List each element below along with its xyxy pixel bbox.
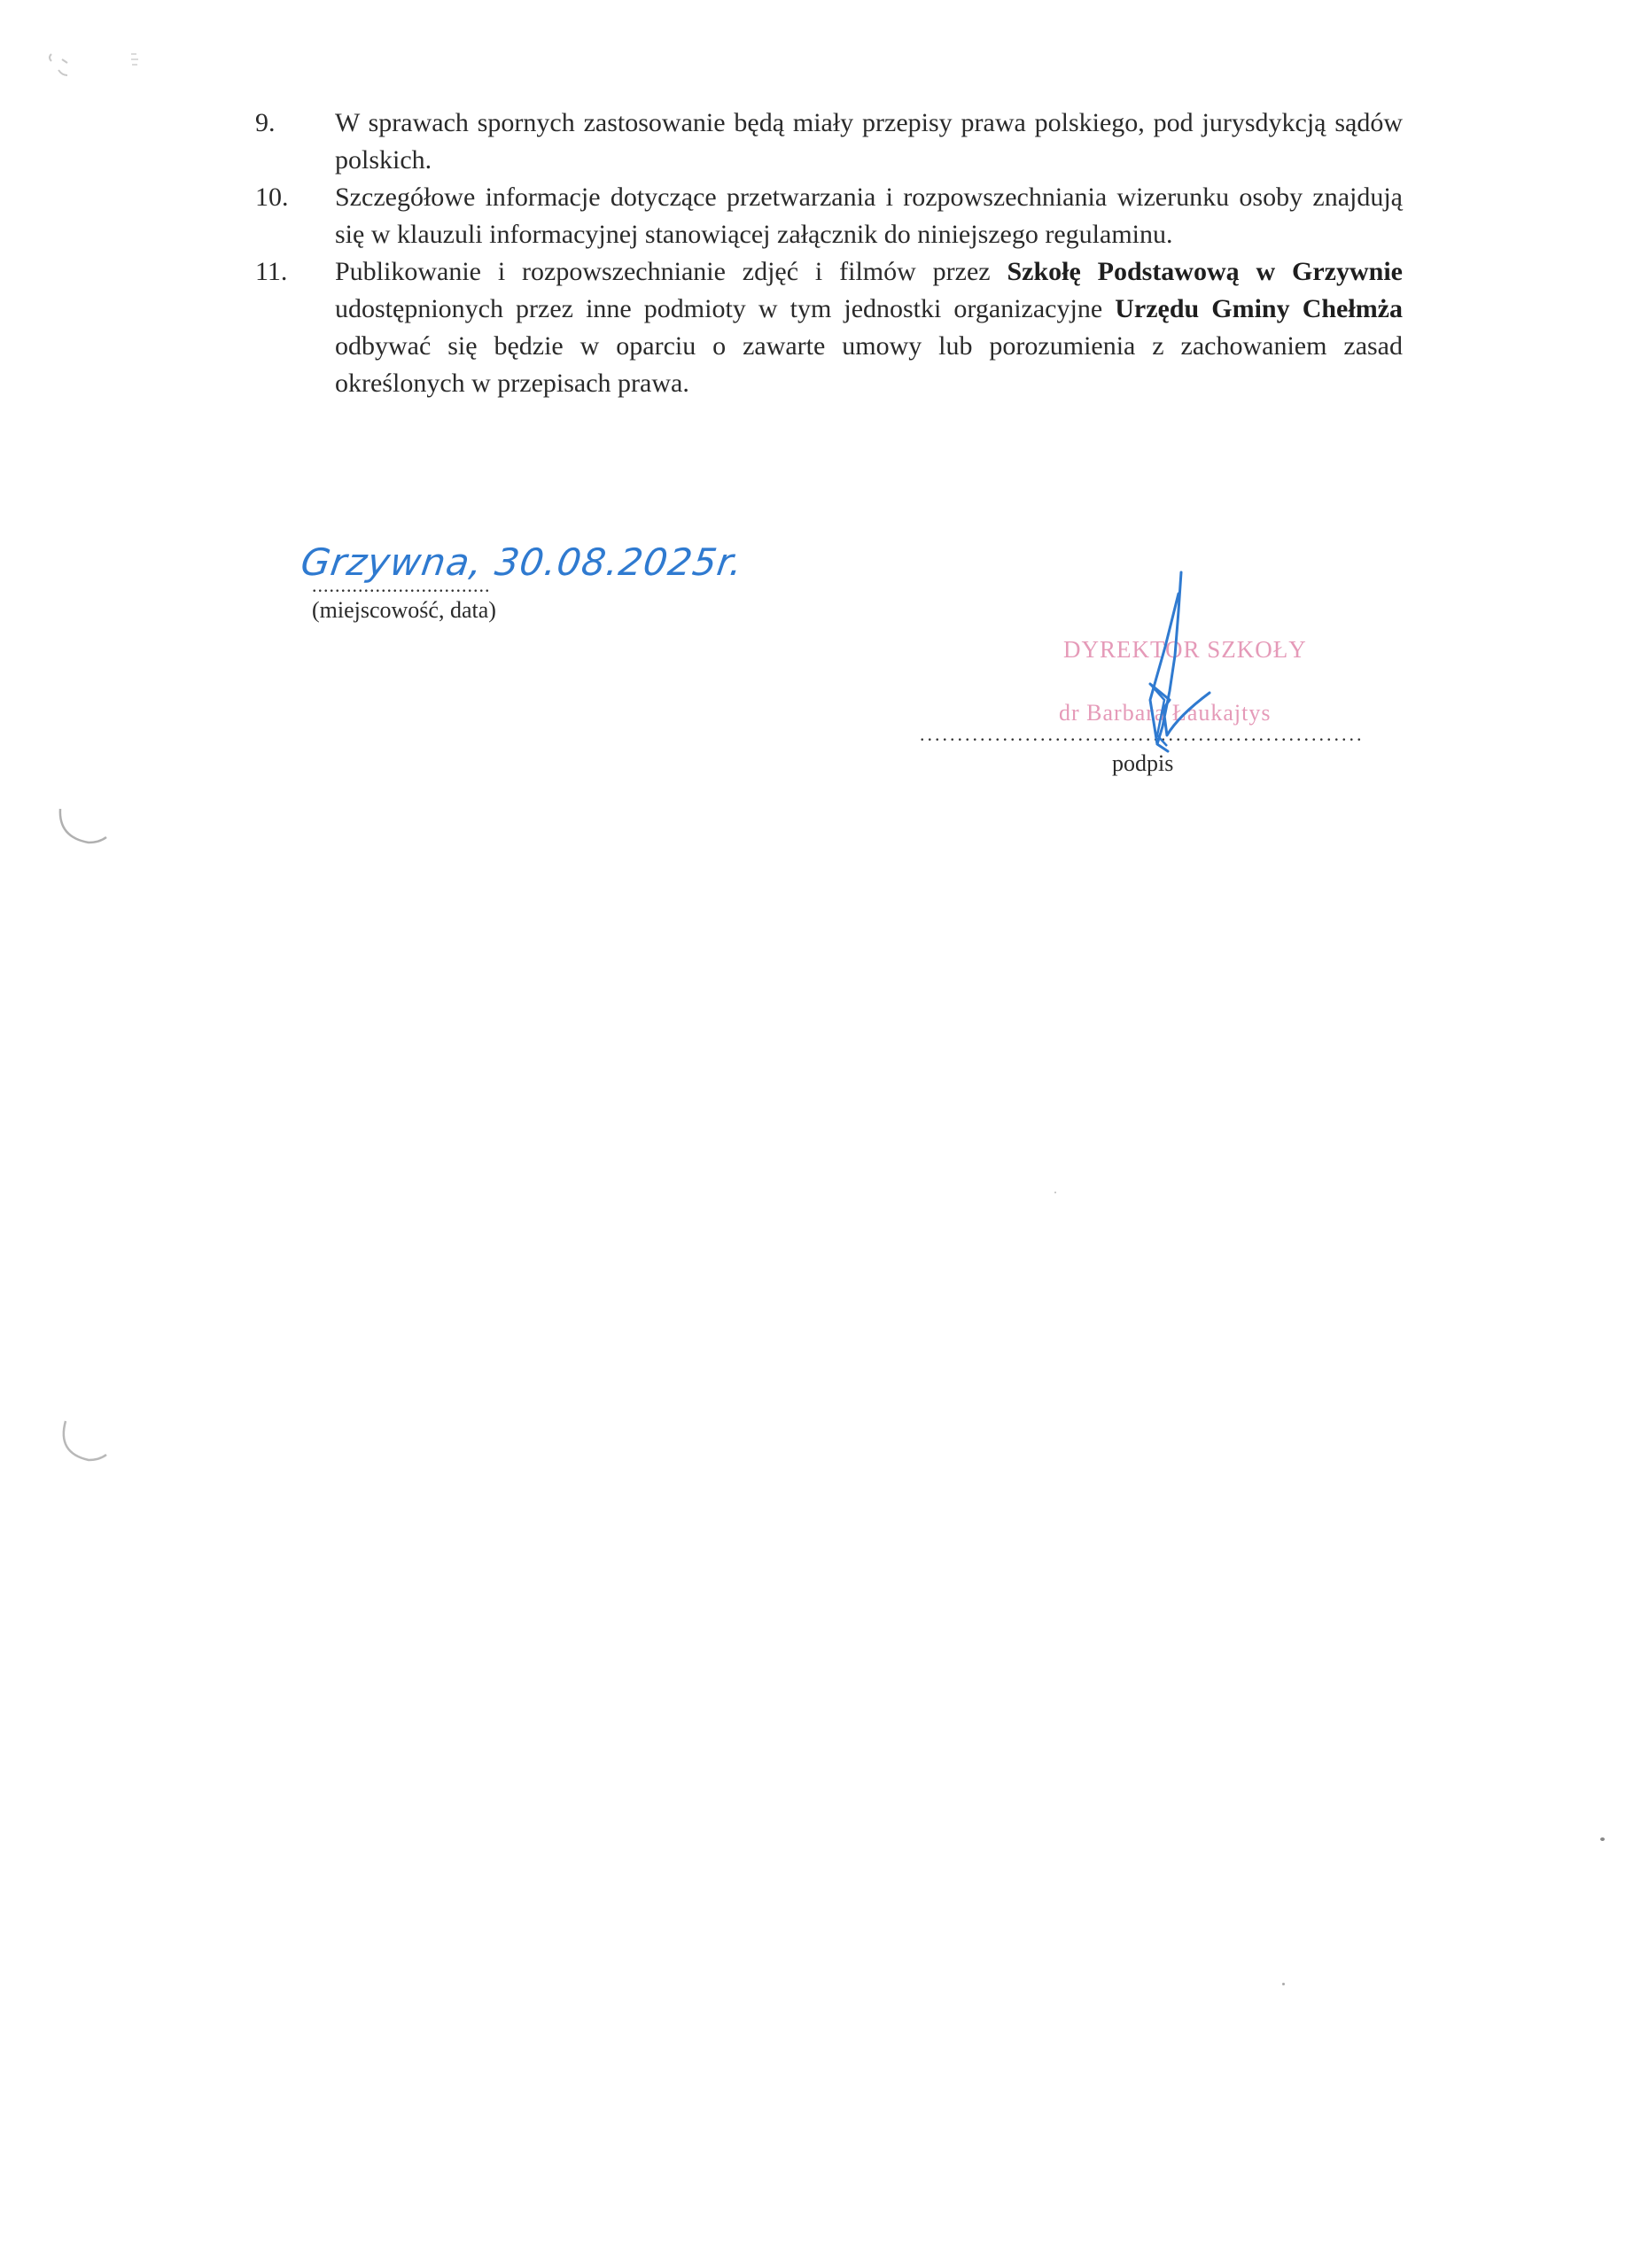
- school-name: Szkołę Podstawową w Grzywnie: [1007, 257, 1403, 286]
- place-date-caption: (miejscowość, data): [312, 597, 496, 624]
- scan-speck: [1054, 1192, 1056, 1193]
- item-text: Publikowanie i rozpowszechnianie zdjęć i…: [335, 253, 1403, 402]
- regulation-list: 9. W sprawach spornych zastosowanie będą…: [255, 105, 1407, 402]
- text-run: Publikowanie i rozpowszechnianie zdjęć i…: [335, 257, 1007, 286]
- signature-block: DYREKTOR SZKOŁY dr Barbara Łaukajtys ...…: [913, 558, 1373, 806]
- office-name: Urzędu Gminy Chełmża: [1115, 294, 1403, 323]
- item-text: Szczegółowe informacje dotyczące przetwa…: [335, 179, 1403, 253]
- handwritten-signature: [913, 558, 1373, 806]
- item-number: 9.: [255, 105, 317, 142]
- scan-speck: [1282, 1983, 1285, 1985]
- list-item-9: 9. W sprawach spornych zastosowanie będą…: [255, 105, 1407, 179]
- document-page: 9. W sprawach spornych zastosowanie będą…: [0, 0, 1649, 2268]
- place-date-dotted-line: ...............................: [312, 574, 491, 597]
- punch-hole-mark-2: [53, 1417, 115, 1471]
- item-number: 10.: [255, 179, 317, 216]
- scan-artifact-top: [44, 49, 151, 84]
- item-number: 11.: [255, 253, 317, 291]
- scan-speck: [1600, 1837, 1605, 1841]
- list-item-10: 10. Szczegółowe informacje dotyczące prz…: [255, 179, 1407, 253]
- item-text: W sprawach spornych zastosowanie będą mi…: [335, 105, 1403, 179]
- punch-hole-mark-1: [53, 802, 115, 855]
- text-run: odbywać się będzie w oparciu o zawarte u…: [335, 331, 1403, 398]
- list-item-11: 11. Publikowanie i rozpowszechnianie zdj…: [255, 253, 1407, 402]
- text-run: udostępnionych przez inne podmioty w tym…: [335, 294, 1115, 323]
